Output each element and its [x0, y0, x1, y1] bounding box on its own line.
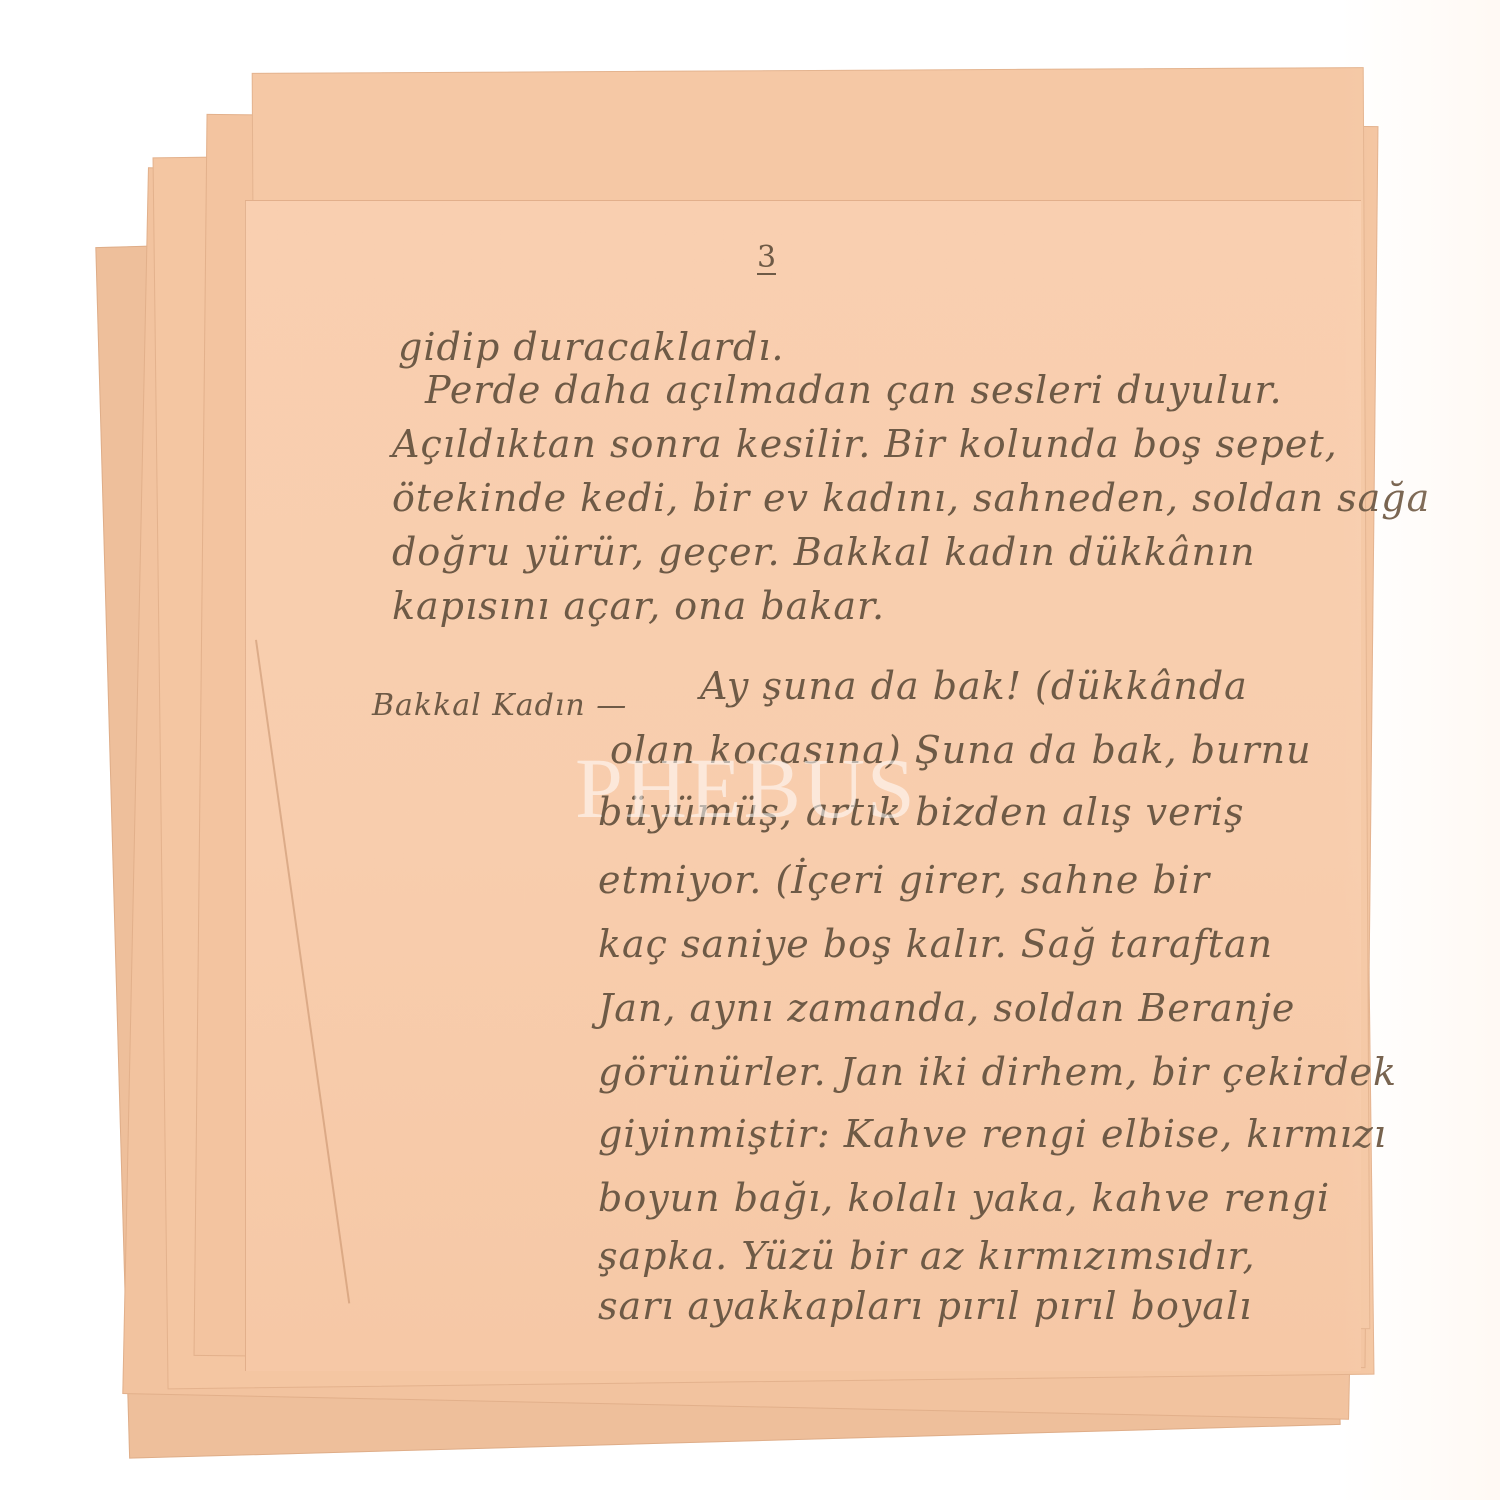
dialogue-line: sarı ayakkapları pırıl pırıl boyalı [598, 1284, 1252, 1328]
dialogue-line: Jan, aynı zamanda, soldan Beranje [598, 986, 1295, 1030]
dialogue-line: görünürler. Jan iki dirhem, bir çekirdek [598, 1050, 1397, 1094]
dialogue-line: şapka. Yüzü bir az kırmızımsıdır, [598, 1234, 1256, 1278]
edge-shading [1340, 0, 1500, 1500]
stage-direction-line: Açıldıktan sonra kesilir. Bir kolunda bo… [392, 422, 1338, 466]
watermark: PHEBUS [575, 738, 917, 838]
stage-direction-line: ötekinde kedi, bir ev kadını, sahneden, … [392, 476, 1430, 520]
stage-direction-line: doğru yürür, geçer. Bakkal kadın dükkânı… [392, 530, 1256, 574]
dialogue-line: kaç saniye boş kalır. Sağ taraftan [598, 922, 1273, 966]
stage-direction-line: kapısını açar, ona bakar. [392, 584, 885, 628]
stage-direction-line: gidip duracaklardı. [398, 325, 784, 369]
speaker-name: Bakkal Kadın — [372, 688, 627, 723]
dialogue-line: Ay şuna da bak! (dükkânda [700, 664, 1248, 708]
stage-direction-line: Perde daha açılmadan çan sesleri duyulur… [425, 368, 1283, 412]
dialogue-line: giyinmiştir: Kahve rengi elbise, kırmızı [598, 1112, 1387, 1156]
dialogue-line: etmiyor. (İçeri girer, sahne bir [598, 858, 1210, 902]
dialogue-line: boyun bağı, kolalı yaka, kahve rengi [598, 1176, 1330, 1220]
page-number: 3 [757, 243, 776, 275]
